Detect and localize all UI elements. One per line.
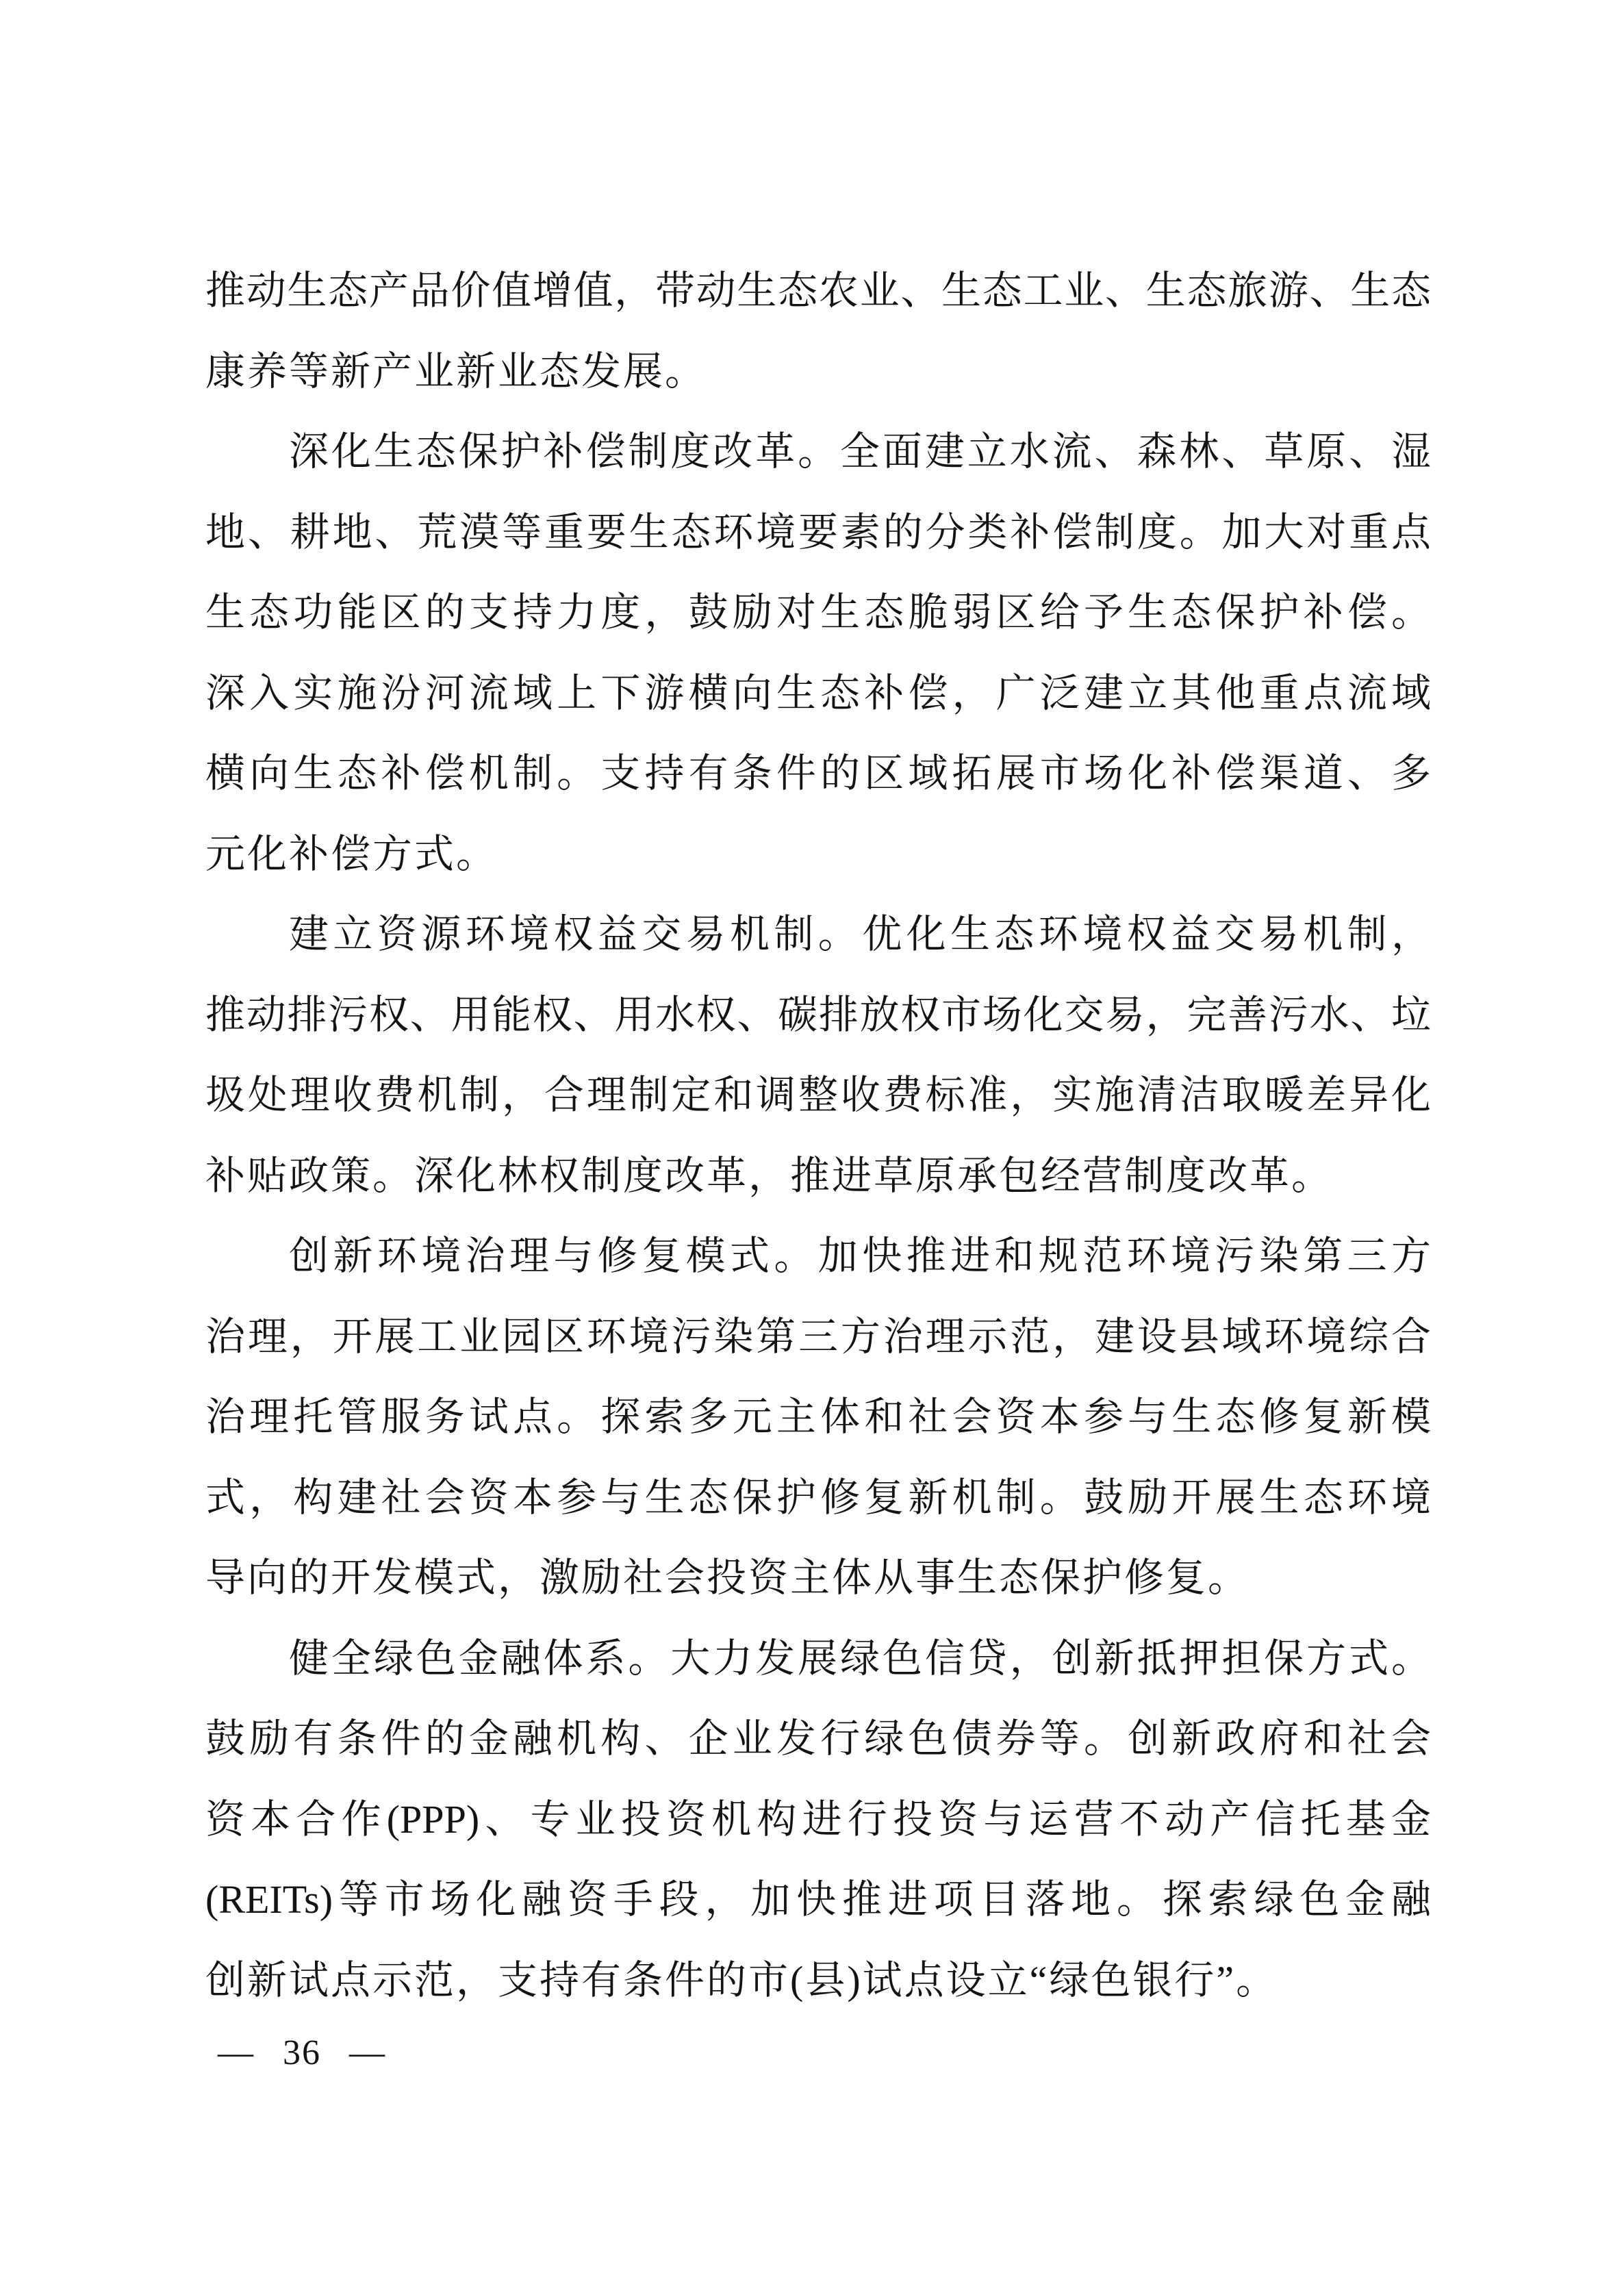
document-page: 推动生态产品价值增值，带动生态农业、生态工业、生态旅游、生态康养等新产业新业态发… [0,0,1624,2277]
text-line-16: 式，构建社会资本参与生态保护修复新机制。鼓励开展生态环境 [205,1458,1431,1538]
text-line-4: 地、耕地、荒漠等重要生态环境要素的分类补偿制度。加大对重点 [205,492,1431,573]
text-line-10: 推动排污权、用能权、用水权、碳排放权市场化交易，完善污水、垃 [205,975,1431,1056]
text-line-1: 推动生态产品价值增值，带动生态农业、生态工业、生态旅游、生态 [205,251,1431,331]
text-line-9: 建立资源环境权益交易机制。优化生态环境权益交易机制， [205,894,1431,975]
text-line-3: 深化生态保护补偿制度改革。全面建立水流、森林、草原、湿 [205,411,1431,492]
text-line-17: 导向的开发模式，激励社会投资主体从事生态保护修复。 [205,1538,1431,1618]
text-line-11: 圾处理收费机制，合理制定和调整收费标准，实施清洁取暖差异化 [205,1055,1431,1136]
text-line-18: 健全绿色金融体系。大力发展绿色信贷，创新抵押担保方式。 [205,1618,1431,1699]
text-line-12: 补贴政策。深化林权制度改革，推进草原承包经营制度改革。 [205,1136,1431,1217]
text-line-5: 生态功能区的支持力度，鼓励对生态脆弱区给予生态保护补偿。 [205,572,1431,653]
text-line-15: 治理托管服务试点。探索多元主体和社会资本参与生态修复新模 [205,1377,1431,1458]
text-line-8: 元化补偿方式。 [205,814,1431,895]
text-line-22: 创新试点示范，支持有条件的市(县)试点设立“绿色银行”。 [205,1940,1431,2021]
text-line-7: 横向生态补偿机制。支持有条件的区域拓展市场化补偿渠道、多 [205,733,1431,814]
text-line-2: 康养等新产业新业态发展。 [205,331,1431,412]
text-line-21: (REITs)等市场化融资手段，加快推进项目落地。探索绿色金融 [205,1859,1431,1940]
body-text: 推动生态产品价值增值，带动生态农业、生态工业、生态旅游、生态康养等新产业新业态发… [205,251,1431,2020]
text-line-19: 鼓励有条件的金融机构、企业发行绿色债券等。创新政府和社会 [205,1699,1431,1779]
text-line-13: 创新环境治理与修复模式。加快推进和规范环境污染第三方 [205,1216,1431,1297]
text-line-20: 资本合作(PPP)、专业投资机构进行投资与运营不动产信托基金 [205,1779,1431,1860]
text-line-14: 治理，开展工业园区环境污染第三方治理示范，建设县域环境综合 [205,1297,1431,1377]
text-line-6: 深入实施汾河流域上下游横向生态补偿，广泛建立其他重点流域 [205,653,1431,734]
page-number: — 36 — [218,2015,386,2091]
